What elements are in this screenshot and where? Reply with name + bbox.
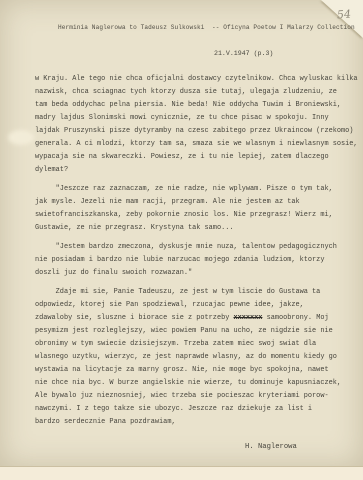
- line-segment: samoobrony. Moj: [262, 314, 328, 322]
- typed-line: odpowiedz, ktorej sie Pan spodziewal, rz…: [35, 299, 359, 312]
- document-page: 54 Herminia Naglerowa to Tadeusz Sulkows…: [0, 0, 363, 467]
- typed-line: Ale bywalo juz nieznosniej, wiec trzeba …: [35, 390, 359, 403]
- page-number: 54: [337, 8, 352, 22]
- scanned-letter: 54 Herminia Naglerowa to Tadeusz Sulkows…: [0, 0, 363, 480]
- typed-line: nie posiadam i bardzo nie lubie narzucac…: [35, 254, 359, 267]
- struck-word: xxxxxxx: [233, 314, 262, 322]
- paper-smudge: [8, 130, 34, 145]
- paragraph-3: "Jestem bardzo zmeczona, dyskusje mnie n…: [35, 241, 359, 280]
- typed-line: obronimy w tym swiecie dzisiejszym. Trze…: [35, 338, 359, 351]
- typed-line: nie chce nia byc. W burze angielskie nie…: [35, 377, 359, 390]
- typed-line: Gustawie, ze nie przegrasz. Krystyna tak…: [35, 222, 359, 235]
- typed-line: doszli juz do finalu swoich rozwazan.": [35, 267, 359, 280]
- typed-line: w Kraju. Ale tego nie chca oficjalni dos…: [35, 73, 359, 86]
- collection-header: Herminia Naglerowa to Tadeusz Sulkowski …: [58, 24, 355, 31]
- paragraph-4: Zdaje mi sie, Panie Tadeuszu, ze jest w …: [35, 286, 359, 429]
- typed-line: "Jestem bardzo zmeczona, dyskusje mnie n…: [35, 241, 359, 254]
- typed-line: pesymizm jest rozleglejszy, wiec powiem …: [35, 325, 359, 338]
- typed-line: lajdak Pruszynski pisze dytyramby na cze…: [35, 125, 359, 138]
- backing-sheet: [0, 467, 363, 480]
- typed-line: dylemat?: [35, 164, 359, 177]
- signature: H. Naglerowa: [245, 443, 297, 451]
- date-line: 21.V.1947 (p.3): [214, 50, 273, 57]
- typed-line: nazwisk, chca sciagnac tych ktorzy dusza…: [35, 86, 359, 99]
- paragraph-2: "Jeszcze raz zaznaczam, ze nie radze, ni…: [35, 183, 359, 235]
- typed-line: wlasnego uzytku, wierzyc, ze jest napraw…: [35, 351, 359, 364]
- letter-body: w Kraju. Ale tego nie chca oficjalni dos…: [35, 73, 359, 435]
- typed-line-with-strike: zdawaloby sie, sluszne i biorace sie z p…: [35, 312, 359, 325]
- typed-line: "Jeszcze raz zaznaczam, ze nie radze, ni…: [35, 183, 359, 196]
- typed-line: generala. A ci mlodzi, ktorzy tam sa, sm…: [35, 138, 359, 151]
- typed-line: bardzo serdecznie Pana pozdrawiam,: [35, 416, 359, 429]
- typed-line: wypacaja sie na skwareczki. Powiesz, ze …: [35, 151, 359, 164]
- line-segment: zdawaloby sie, sluszne i biorace sie z p…: [35, 314, 233, 322]
- typed-line: wystawia na licytacje za marny grosz. Ni…: [35, 364, 359, 377]
- paragraph-1: w Kraju. Ale tego nie chca oficjalni dos…: [35, 73, 359, 177]
- typed-line: madry lajdus Slonimski mowi cynicznie, z…: [35, 112, 359, 125]
- typed-line: tam beda oddychac pelna piersia. Nie bed…: [35, 99, 359, 112]
- typed-line: nawczymi. I z tego takze sie ubozyc. Jes…: [35, 403, 359, 416]
- typed-line: jak mysle. Jezeli nie mam racji, przegra…: [35, 196, 359, 209]
- typed-line: Zdaje mi sie, Panie Tadeuszu, ze jest w …: [35, 286, 359, 299]
- typed-line: swietofranciszkanska, zeby pokornie znos…: [35, 209, 359, 222]
